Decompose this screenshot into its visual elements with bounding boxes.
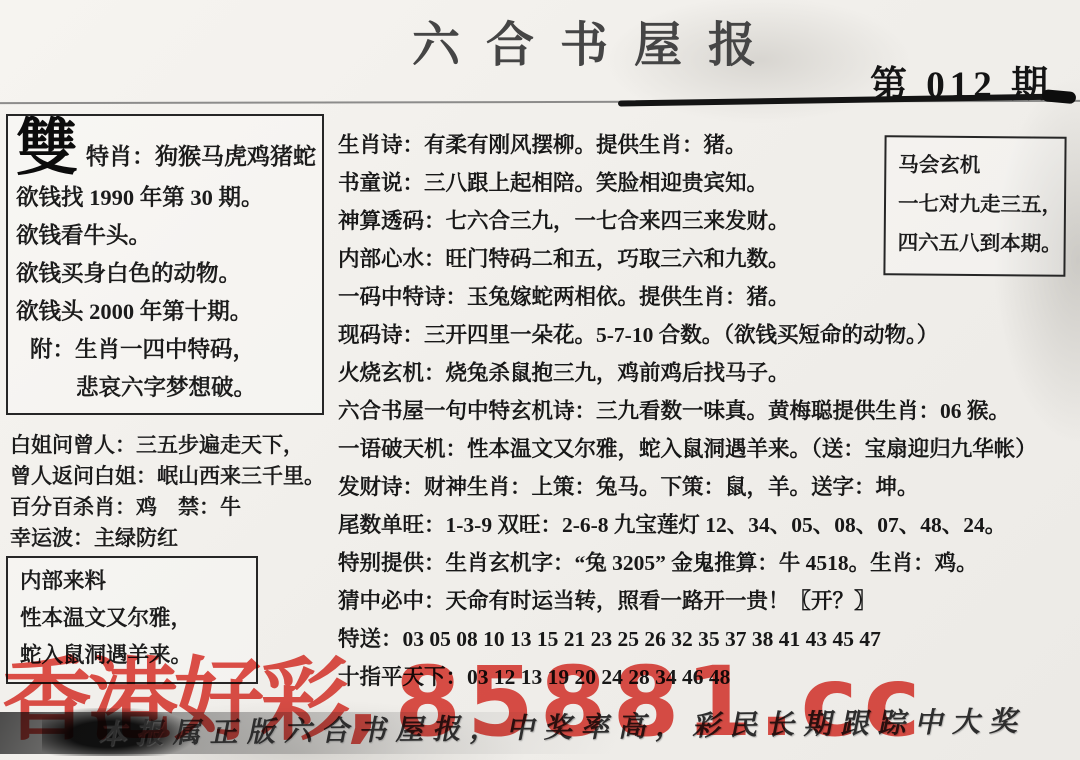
watermark-brand: 香港好彩, [2, 656, 376, 746]
prediction-line-yiyu: 一语破天机：性本温文又尔雅，蛇入鼠洞遇羊来。（送：宝扇迎归九华帐） [338, 430, 1078, 468]
money-clue-line: 欲钱看牛头。 [16, 217, 314, 255]
insider-info-title: 内部来料 [20, 563, 244, 600]
money-clue-line: 欲钱头 2000 年第十期。 [16, 293, 314, 331]
money-clue-line: 欲钱找 1990 年第 30 期。 [16, 179, 314, 217]
money-clue-line: 欲钱买身白色的动物。 [16, 255, 314, 293]
prediction-line-yiju: 六合书屋一句中特玄机诗：三九看数一味真。黄梅聪提供生肖：06 猴。 [338, 392, 1078, 430]
insider-verse-line: 性本温文又尔雅， [20, 600, 244, 637]
prediction-line-huoshao: 火烧玄机：烧兔杀鼠抱三九，鸡前鸡后找马子。 [338, 354, 1078, 392]
prediction-line-caizhong: 猜中必中：天命有时运当转，照看一路开一贵！〖开？〗 [338, 582, 1078, 620]
special-zodiac-header: 雙 特肖：狗猴马虎鸡猪蛇 [16, 120, 314, 179]
prediction-line-weishu: 尾数单旺：1-3-9 双旺：2-6-8 九宝莲灯 12、34、05、08、07、… [338, 506, 1078, 544]
kill-zodiac-line: 百分百杀肖：鸡 禁：牛 [10, 492, 330, 523]
page-title: 六合书屋报 [412, 6, 782, 75]
prediction-line-xianma: 现码诗：三开四里一朵花。5-7-10 合数。（欲钱买短命的动物。） [338, 316, 1078, 354]
jockey-club-verse: 一七对九走三五， [898, 185, 1052, 225]
lucky-wave-line: 幸运波：主绿防红 [10, 523, 330, 554]
jockey-club-title: 马会玄机 [898, 146, 1052, 186]
baijie-dialogue-section: 白姐问曾人：三五步遍走天下， 曾人返问白姐：岷山西来三千里。 百分百杀肖：鸡 禁… [10, 430, 330, 554]
watermark-domain: 85881.cc [394, 658, 926, 746]
prediction-line-tebie: 特别提供：生肖玄机字：“兔 3205” 金鬼推算：牛 4518。生肖：鸡。 [338, 544, 1078, 582]
special-zodiac-box: 雙 特肖：狗猴马虎鸡猪蛇 欲钱找 1990 年第 30 期。 欲钱看牛头。 欲钱… [6, 114, 324, 415]
prediction-line-facai: 发财诗：财神生肖：上策：兔马。下策：鼠，羊。送字：坤。 [338, 468, 1078, 506]
site-watermark: 香港好彩, 85881.cc [2, 656, 926, 746]
double-character: 雙 [16, 120, 78, 179]
prediction-line-yima: 一码中特诗：玉兔嫁蛇两相依。提供生肖：猪。 [338, 278, 1078, 316]
jockey-club-box: 马会玄机 一七对九走三五， 四六五八到本期。 [883, 135, 1066, 277]
jockey-club-verse: 四六五八到本期。 [897, 224, 1051, 264]
dialogue-line: 白姐问曾人：三五步遍走天下， [10, 430, 330, 461]
appendix-line: 附：生肖一四中特码， [16, 331, 314, 369]
dialogue-line: 曾人返问白姐：岷山西来三千里。 [10, 461, 330, 492]
appendix-line: 悲哀六字梦想破。 [16, 369, 314, 407]
special-zodiac-list: 特肖：狗猴马虎鸡猪蛇 [86, 138, 316, 179]
